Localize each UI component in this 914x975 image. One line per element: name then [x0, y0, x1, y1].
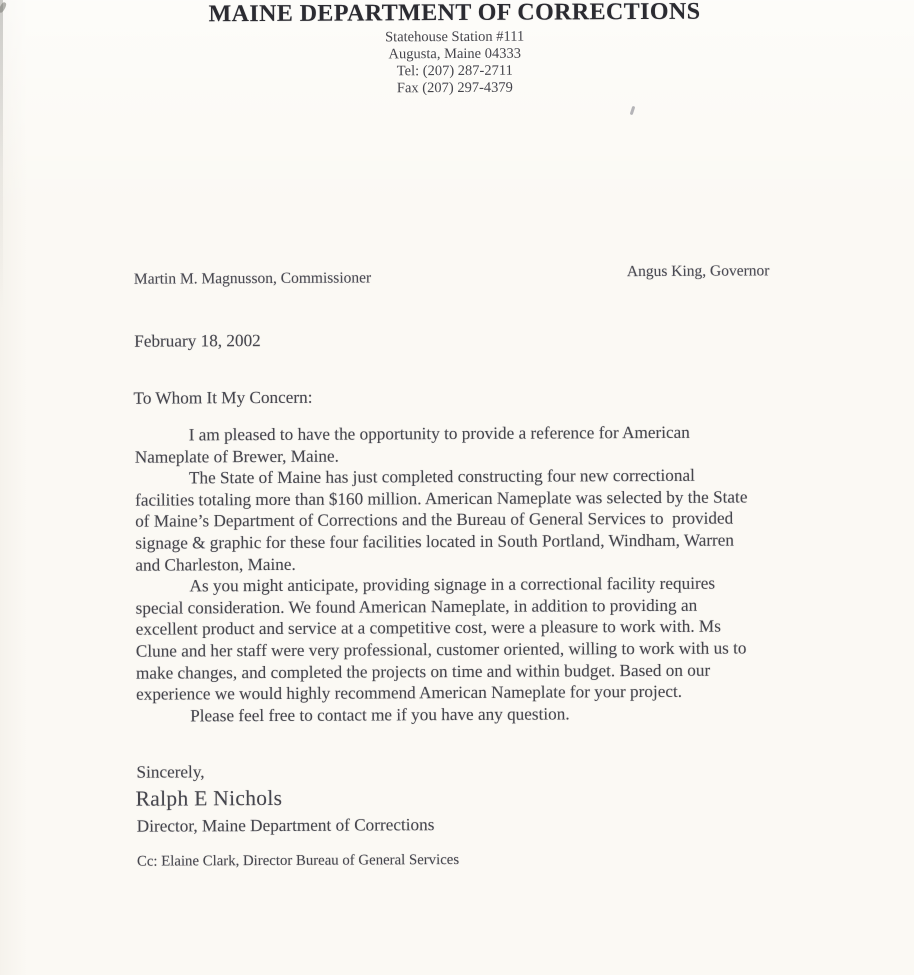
salutation: To Whom It My Concern: — [133, 388, 312, 409]
body-line: As you might anticipate, providing signa… — [135, 573, 747, 598]
signature-title: Director, Maine Department of Correction… — [137, 815, 435, 837]
letterhead: MAINE DEPARTMENT OF CORRECTIONS Statehou… — [0, 0, 912, 99]
body-line: and Charleston, Maine. — [135, 551, 747, 576]
letterhead-title: MAINE DEPARTMENT OF CORRECTIONS — [0, 0, 912, 28]
letter-page: MAINE DEPARTMENT OF CORRECTIONS Statehou… — [0, 0, 914, 975]
cc-line: Cc: Elaine Clark, Director Bureau of Gen… — [137, 852, 459, 871]
letter-date: February 18, 2002 — [134, 331, 261, 352]
body-line: excellent product and service at a compe… — [136, 616, 748, 641]
body-line: experience we would highly recommend Ame… — [136, 681, 748, 706]
governor-name: Angus King, Governor — [627, 262, 770, 281]
closing-valediction: Sincerely, — [136, 762, 204, 782]
commissioner-name: Martin M. Magnusson, Commissioner — [134, 269, 371, 288]
body-line: Clune and her staff were very profession… — [136, 637, 748, 662]
letterhead-address: Statehouse Station #111 Augusta, Maine 0… — [0, 27, 912, 100]
body-line: The State of Maine has just completed co… — [135, 465, 747, 490]
body-line: I am pleased to have the opportunity to … — [135, 421, 747, 446]
body-line: special consideration. We found American… — [136, 594, 748, 619]
letter-content: MAINE DEPARTMENT OF CORRECTIONS Statehou… — [0, 0, 914, 975]
body-line: Please feel free to contact me if you ha… — [136, 702, 748, 727]
body-line: facilities totaling more than $160 milli… — [135, 486, 747, 511]
address-line-fax: Fax (207) 297-4379 — [0, 78, 912, 100]
body-line: of Maine’s Department of Corrections and… — [135, 508, 747, 533]
body-line: Nameplate of Brewer, Maine. — [135, 443, 747, 468]
body-line: signage & graphic for these four facilit… — [135, 529, 747, 554]
letter-body: I am pleased to have the opportunity to … — [135, 421, 749, 727]
signature-name: Ralph E Nichols — [136, 786, 283, 812]
